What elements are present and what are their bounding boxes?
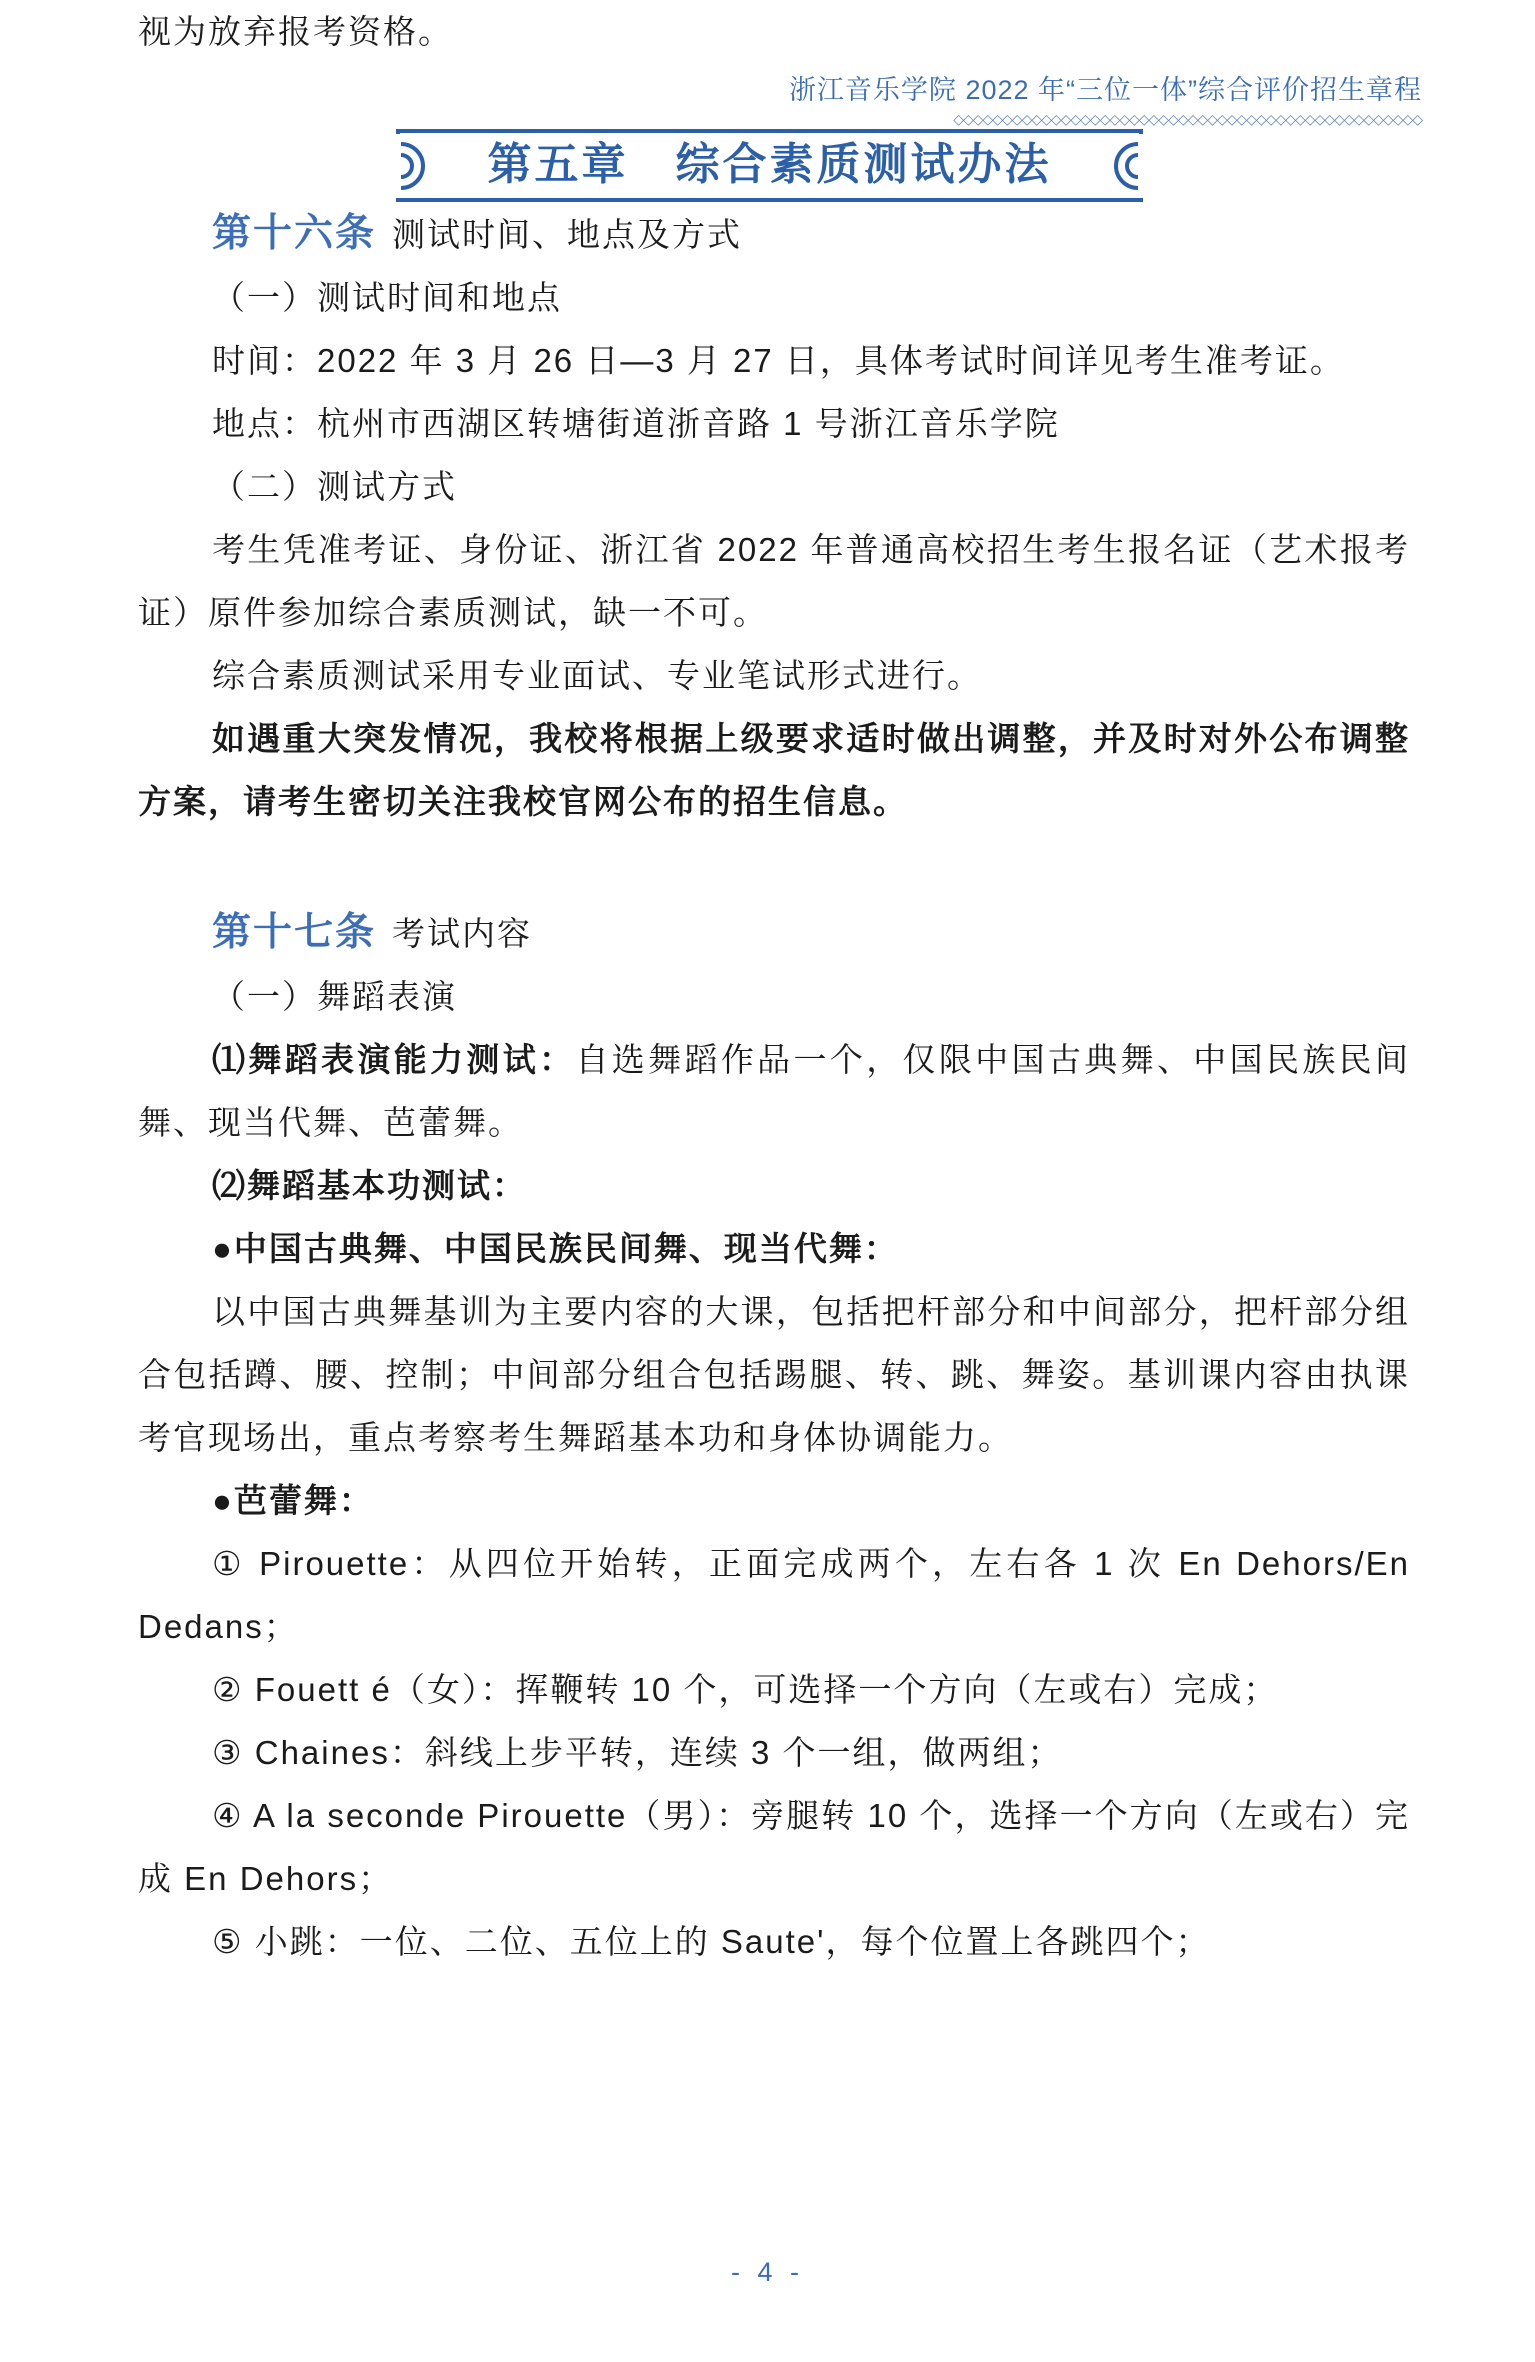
page-number: - 4 - <box>0 2256 1535 2288</box>
arc-ornament-right-icon <box>1109 128 1145 204</box>
ballet-item-4: ④ A la seconde Pirouette（男）：旁腿转 10 个，选择一… <box>138 1784 1410 1910</box>
ballet-item-3: ③ Chaines：斜线上步平转，连续 3 个一组，做两组； <box>138 1721 1410 1784</box>
page-header: 浙江音乐学院 2022 年“三位一体”综合评价招生章程 ◇◇◇◇◇◇◇◇◇◇◇◇… <box>789 74 1422 126</box>
article-16-title: 测试时间、地点及方式 <box>392 216 742 253</box>
document-page: 浙江音乐学院 2022 年“三位一体”综合评价招生章程 ◇◇◇◇◇◇◇◇◇◇◇◇… <box>0 0 1535 2362</box>
classical-dance-bullet: ●中国古典舞、中国民族民间舞、现当代舞： <box>138 1217 1410 1280</box>
document-body: 视为放弃报考资格。 第五章 综合素质测试办法 第十六条测试时间、地点及方式 （一… <box>0 0 1535 1973</box>
test-format-paragraph: 综合素质测试采用专业面试、专业笔试形式进行。 <box>138 644 1410 707</box>
ballet-bullet: ●芭蕾舞： <box>138 1469 1410 1532</box>
location-paragraph: 地点：杭州市西湖区转塘街道浙音路 1 号浙江音乐学院 <box>138 392 1410 455</box>
ballet-item-1: ① Pirouette：从四位开始转，正面完成两个，左右各 1 次 En Deh… <box>138 1532 1410 1658</box>
time-paragraph: 时间：2022 年 3 月 26 日—3 月 27 日，具体考试时间详见考生准考… <box>138 329 1410 392</box>
ballet-item-2: ② Fouett é（女）：挥鞭转 10 个，可选择一个方向（左或右）完成； <box>138 1658 1410 1721</box>
adjustment-notice-paragraph: 如遇重大突发情况，我校将根据上级要求适时做出调整，并及时对外公布调整方案，请考生… <box>138 707 1410 833</box>
dance-ability-item: ⑴舞蹈表演能力测试：自选舞蹈作品一个，仅限中国古典舞、中国民族民间舞、现当代舞、… <box>138 1028 1410 1154</box>
header-title: 浙江音乐学院 2022 年“三位一体”综合评价招生章程 <box>789 74 1422 106</box>
article-16-label: 第十六条 <box>212 212 376 255</box>
article-16-heading: 第十六条测试时间、地点及方式 <box>138 202 1410 266</box>
ballet-item-5: ⑤ 小跳：一位、二位、五位上的 Saute'，每个位置上各跳四个； <box>138 1910 1410 1973</box>
header-ornament-line: ◇◇◇◇◇◇◇◇◇◇◇◇◇◇◇◇◇◇◇◇◇◇◇◇◇◇◇◇◇◇◇◇◇◇◇◇◇◇◇◇… <box>789 112 1422 126</box>
dance-ability-label: ⑴舞蹈表演能力测试： <box>212 1041 575 1078</box>
basics-course-paragraph: 以中国古典舞基训为主要内容的大课，包括把杆部分和中间部分，把杆部分组合包括蹲、腰… <box>138 1280 1410 1469</box>
arc-ornament-left-icon <box>394 128 430 204</box>
chapter-heading-box: 第五章 综合素质测试办法 <box>396 129 1143 202</box>
subsection-1-heading: （一）测试时间和地点 <box>138 266 1410 329</box>
subsection-2-heading: （二）测试方式 <box>138 455 1410 518</box>
intro-paragraph: 视为放弃报考资格。 <box>138 0 1410 63</box>
dance-performance-heading: （一）舞蹈表演 <box>138 965 1410 1028</box>
dance-basics-item-label: ⑵舞蹈基本功测试： <box>138 1154 1410 1217</box>
chapter-title: 第五章 综合素质测试办法 <box>400 133 1139 196</box>
article-17-title: 考试内容 <box>392 915 532 952</box>
credentials-paragraph: 考生凭准考证、身份证、浙江省 2022 年普通高校招生考生报名证（艺术报考证）原… <box>138 518 1410 644</box>
article-17-label: 第十七条 <box>212 911 376 954</box>
article-17-heading: 第十七条考试内容 <box>138 901 1410 965</box>
